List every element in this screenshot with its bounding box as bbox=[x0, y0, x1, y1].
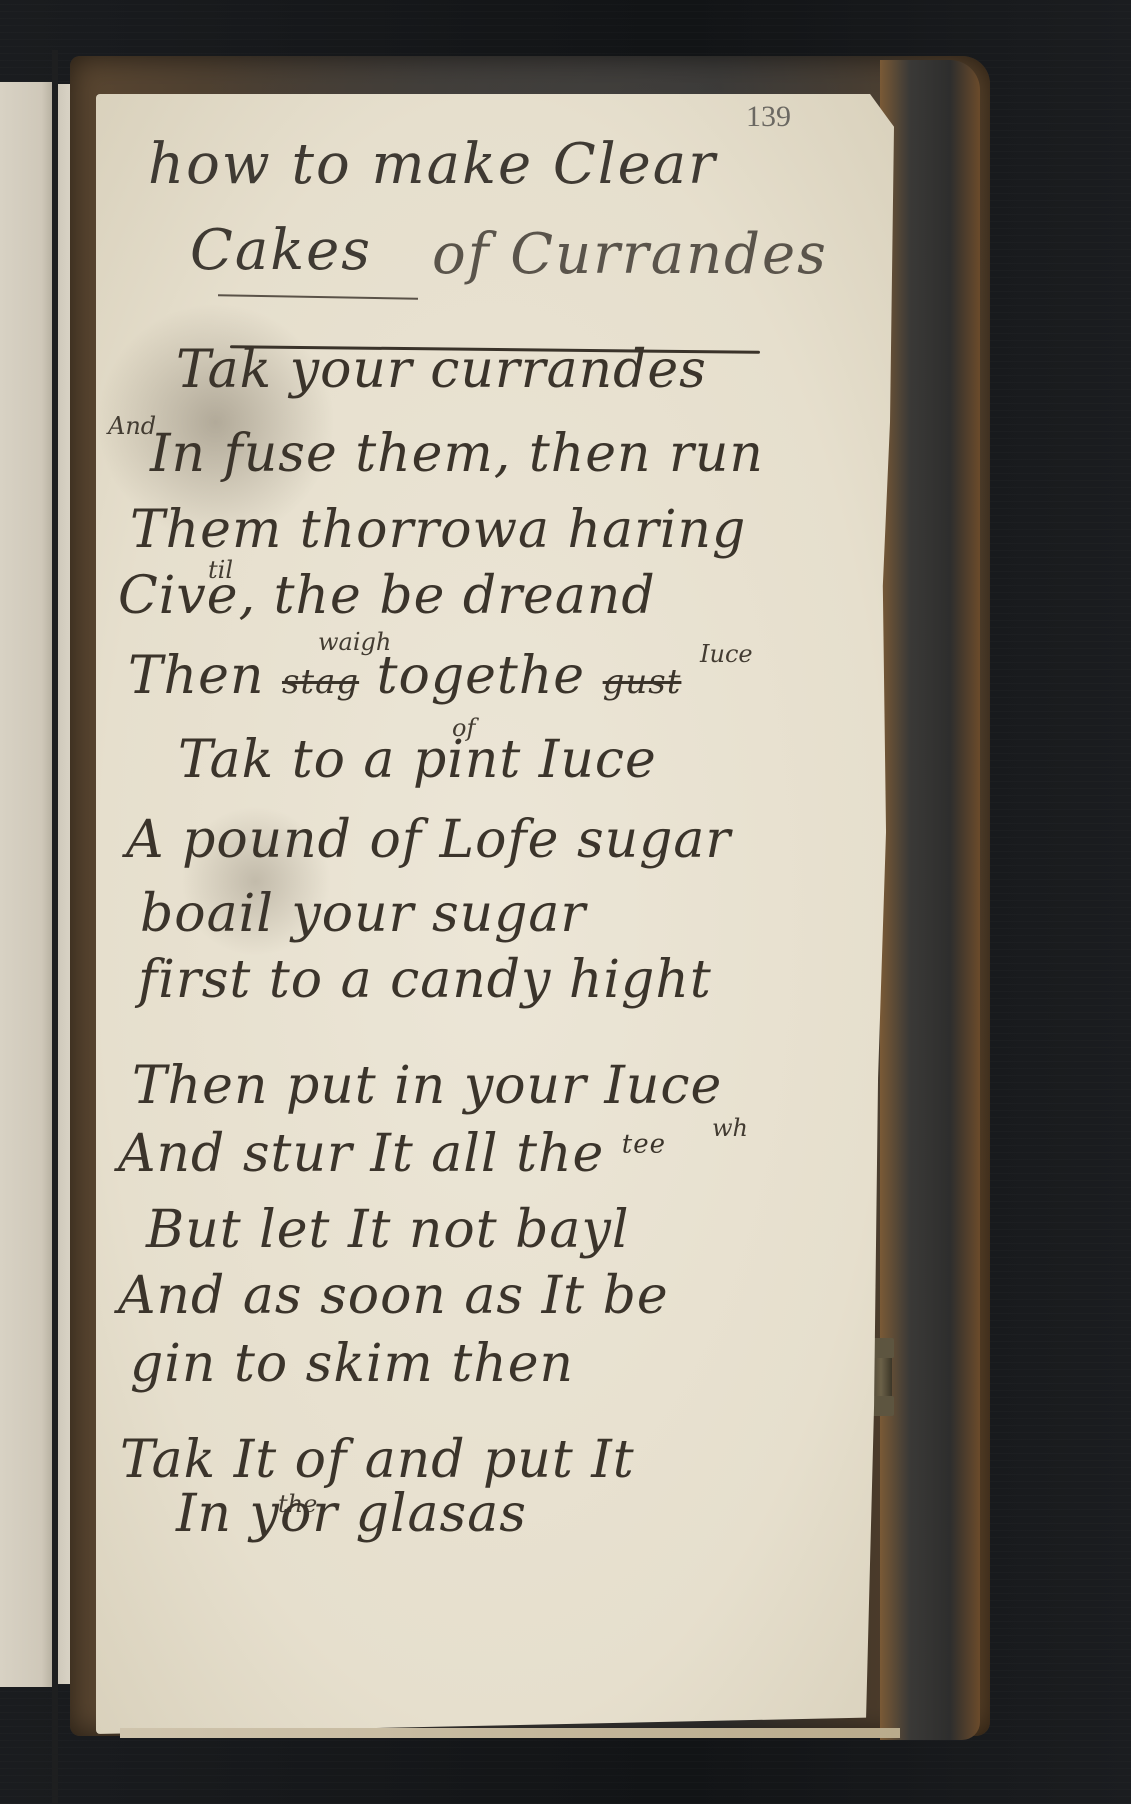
text-line-6: Tak to a pint Iuce bbox=[178, 730, 657, 790]
text-line-8: boail your sugar bbox=[140, 884, 586, 944]
text-line-15: Tak It of and put It bbox=[120, 1430, 635, 1490]
word-iuce: Iuce bbox=[539, 730, 657, 790]
word-then: Then bbox=[128, 646, 264, 706]
recipe-title-line-1: how to make Clear bbox=[148, 132, 717, 197]
recipe-title-currandes: of Currandes bbox=[432, 222, 828, 287]
word-and-stur-it-all-the: And stur It all the bbox=[118, 1124, 604, 1184]
text-line-13: And as soon as It be bbox=[118, 1266, 669, 1326]
text-line-4: Cive, the be dreand bbox=[118, 566, 656, 626]
left-facing-page bbox=[0, 82, 52, 1687]
interlinear-wh: wh bbox=[712, 1114, 748, 1142]
text-line-9: first to a candy hight bbox=[138, 950, 712, 1010]
superscript-tee: tee bbox=[622, 1130, 666, 1160]
text-line-2: In fuse them, then run bbox=[150, 424, 764, 484]
text-line-3: Them thorrowa haring bbox=[130, 500, 746, 560]
text-line-7: A pound of Lofe sugar bbox=[126, 810, 731, 870]
text-line-16: In yor glasas bbox=[176, 1484, 527, 1544]
struck-word-gust: gust bbox=[603, 662, 682, 702]
recipe-title-cakes: Cakes bbox=[190, 218, 372, 283]
page-bottom-edge bbox=[120, 1728, 900, 1738]
interlinear-iuce: Iuce bbox=[700, 640, 753, 668]
text-line-5: Then stag togethe gust bbox=[128, 646, 681, 706]
text-line-11: And stur It all the tee bbox=[118, 1124, 666, 1184]
cover-spine-edge bbox=[880, 60, 980, 1740]
text-line-12: But let It not bayl bbox=[146, 1200, 629, 1260]
text-line-14: gin to skim then bbox=[130, 1334, 574, 1394]
word-tak-to-a-pint: Tak to a pint bbox=[178, 730, 521, 790]
text-line-1: Tak your currandes bbox=[176, 340, 707, 400]
margin-and: And bbox=[108, 412, 156, 440]
folio-number: 139 bbox=[746, 100, 791, 134]
struck-word-stag: stag bbox=[282, 662, 359, 702]
text-line-10: Then put in your Iuce bbox=[132, 1056, 722, 1116]
word-togethe: togethe bbox=[377, 646, 585, 706]
